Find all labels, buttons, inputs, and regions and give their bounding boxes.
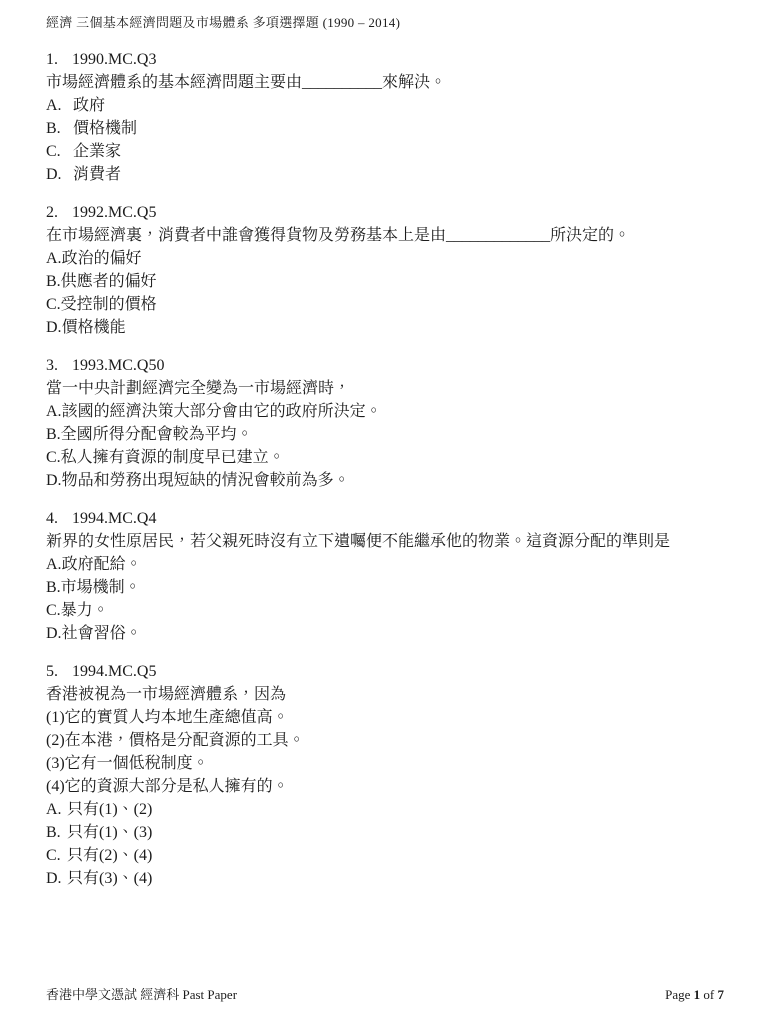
option-label: A. (46, 250, 62, 267)
option-label: D. (46, 625, 62, 642)
footer-course-label: 香港中學文憑試 經濟科 Past Paper (46, 986, 237, 1003)
option-d: D.社會習俗。 (46, 622, 724, 645)
options-list: A.政府 B.價格機制 C.企業家 D.消費者 (46, 94, 724, 186)
page-footer: 香港中學文憑試 經濟科 Past Paper Page 1 of 7 (46, 986, 724, 1003)
question-code: 1994.MC.Q4 (72, 510, 156, 527)
option-b: B.市場機制。 (46, 576, 724, 599)
question-number: 3. (46, 354, 72, 377)
option-label: A. (46, 798, 67, 821)
option-label: A. (46, 94, 73, 117)
option-c: C.私人擁有資源的制度早已建立。 (46, 446, 724, 469)
option-label: D. (46, 163, 73, 186)
option-text: 消費者 (73, 166, 121, 183)
statement-4: (4)它的資源大部分是私人擁有的。 (46, 775, 724, 798)
option-a: A.政治的偏好 (46, 247, 724, 270)
question-1: 1.1990.MC.Q3 市場經濟體系的基本經濟問題主要由__________來… (46, 48, 724, 186)
question-stem: 香港被視為一市場經濟體系，因為 (46, 683, 724, 706)
option-a: A.政府配給。 (46, 553, 724, 576)
option-text: 受控制的價格 (61, 296, 157, 313)
question-number: 1. (46, 48, 72, 71)
option-a: A.政府 (46, 94, 724, 117)
option-text: 只有(1)、(2) (67, 801, 152, 818)
option-text: 政治的偏好 (62, 250, 142, 267)
option-label: B. (46, 273, 61, 290)
question-number: 5. (46, 660, 72, 683)
option-c: C.受控制的價格 (46, 293, 724, 316)
question-stem: 在市場經濟裏，消費者中誰會獲得貨物及勞務基本上是由_____________所決… (46, 224, 724, 247)
option-text: 只有(2)、(4) (67, 847, 152, 864)
option-label: A. (46, 556, 62, 573)
option-a: A.該國的經濟決策大部分會由它的政府所決定。 (46, 400, 724, 423)
question-4: 4.1994.MC.Q4 新界的女性原居民，若父親死時沒有立下遺囑便不能繼承他的… (46, 507, 724, 645)
question-2: 2.1992.MC.Q5 在市場經濟裏，消費者中誰會獲得貨物及勞務基本上是由__… (46, 201, 724, 339)
option-text: 價格機能 (62, 319, 126, 336)
question-number: 4. (46, 507, 72, 530)
option-text: 全國所得分配會較為平均。 (61, 426, 253, 443)
option-text: 政府配給。 (62, 556, 142, 573)
question-3: 3.1993.MC.Q50 當一中央計劃經濟完全變為一市場經濟時， A.該國的經… (46, 354, 724, 492)
question-code: 1994.MC.Q5 (72, 663, 156, 680)
option-label: A. (46, 403, 62, 420)
question-stem: 新界的女性原居民，若父親死時沒有立下遺囑便不能繼承他的物業。這資源分配的準則是 (46, 530, 724, 553)
option-text: 價格機制 (73, 120, 137, 137)
option-b: B.只有(1)、(3) (46, 821, 724, 844)
document-page: 經濟 三個基本經濟問題及市場體系 多項選擇題 (1990 – 2014) 1.1… (0, 0, 768, 1024)
question-code: 1992.MC.Q5 (72, 204, 156, 221)
statement-list: (1)它的實質人均本地生產總值高。 (2)在本港，價格是分配資源的工具。 (3)… (46, 706, 724, 798)
option-d: D.價格機能 (46, 316, 724, 339)
option-text: 社會習俗。 (62, 625, 142, 642)
option-label: B. (46, 117, 73, 140)
option-text: 私人擁有資源的制度早已建立。 (61, 449, 285, 466)
option-c: C.只有(2)、(4) (46, 844, 724, 867)
question-code: 1993.MC.Q50 (72, 357, 164, 374)
page-total: 7 (718, 987, 725, 1002)
options-list: A.該國的經濟決策大部分會由它的政府所決定。 B.全國所得分配會較為平均。 C.… (46, 400, 724, 492)
page-indicator: Page 1 of 7 (665, 986, 724, 1003)
option-c: C.暴力。 (46, 599, 724, 622)
option-d: D.只有(3)、(4) (46, 867, 724, 890)
option-text: 供應者的偏好 (61, 273, 157, 290)
option-label: D. (46, 472, 62, 489)
question-stem: 當一中央計劃經濟完全變為一市場經濟時， (46, 377, 724, 400)
question-5: 5.1994.MC.Q5 香港被視為一市場經濟體系，因為 (1)它的實質人均本地… (46, 660, 724, 890)
option-label: C. (46, 602, 61, 619)
statement-3: (3)它有一個低稅制度。 (46, 752, 724, 775)
option-label: B. (46, 579, 61, 596)
option-label: C. (46, 140, 73, 163)
option-label: D. (46, 867, 67, 890)
option-text: 企業家 (73, 143, 121, 160)
question-code: 1990.MC.Q3 (72, 51, 156, 68)
option-text: 只有(1)、(3) (67, 824, 152, 841)
option-label: B. (46, 821, 67, 844)
question-number: 2. (46, 201, 72, 224)
option-text: 政府 (73, 97, 105, 114)
statement-2: (2)在本港，價格是分配資源的工具。 (46, 729, 724, 752)
of-word: of (700, 987, 717, 1002)
options-list: A.只有(1)、(2) B.只有(1)、(3) C.只有(2)、(4) D.只有… (46, 798, 724, 890)
options-list: A.政治的偏好 B.供應者的偏好 C.受控制的價格 D.價格機能 (46, 247, 724, 339)
option-label: D. (46, 319, 62, 336)
option-d: D.消費者 (46, 163, 724, 186)
option-d: D.物品和勞務出現短缺的情況會較前為多。 (46, 469, 724, 492)
page-word: Page (665, 987, 694, 1002)
option-label: C. (46, 844, 67, 867)
option-c: C.企業家 (46, 140, 724, 163)
option-b: B.全國所得分配會較為平均。 (46, 423, 724, 446)
options-list: A.政府配給。 B.市場機制。 C.暴力。 D.社會習俗。 (46, 553, 724, 645)
option-label: B. (46, 426, 61, 443)
option-label: C. (46, 296, 61, 313)
statement-1: (1)它的實質人均本地生產總值高。 (46, 706, 724, 729)
document-title: 經濟 三個基本經濟問題及市場體系 多項選擇題 (1990 – 2014) (46, 14, 724, 32)
option-text: 該國的經濟決策大部分會由它的政府所決定。 (62, 403, 382, 420)
option-label: C. (46, 449, 61, 466)
option-b: B.供應者的偏好 (46, 270, 724, 293)
option-text: 只有(3)、(4) (67, 870, 152, 887)
option-text: 市場機制。 (61, 579, 141, 596)
question-stem: 市場經濟體系的基本經濟問題主要由__________來解決。 (46, 71, 724, 94)
option-b: B.價格機制 (46, 117, 724, 140)
option-text: 物品和勞務出現短缺的情況會較前為多。 (62, 472, 350, 489)
option-text: 暴力。 (61, 602, 109, 619)
option-a: A.只有(1)、(2) (46, 798, 724, 821)
